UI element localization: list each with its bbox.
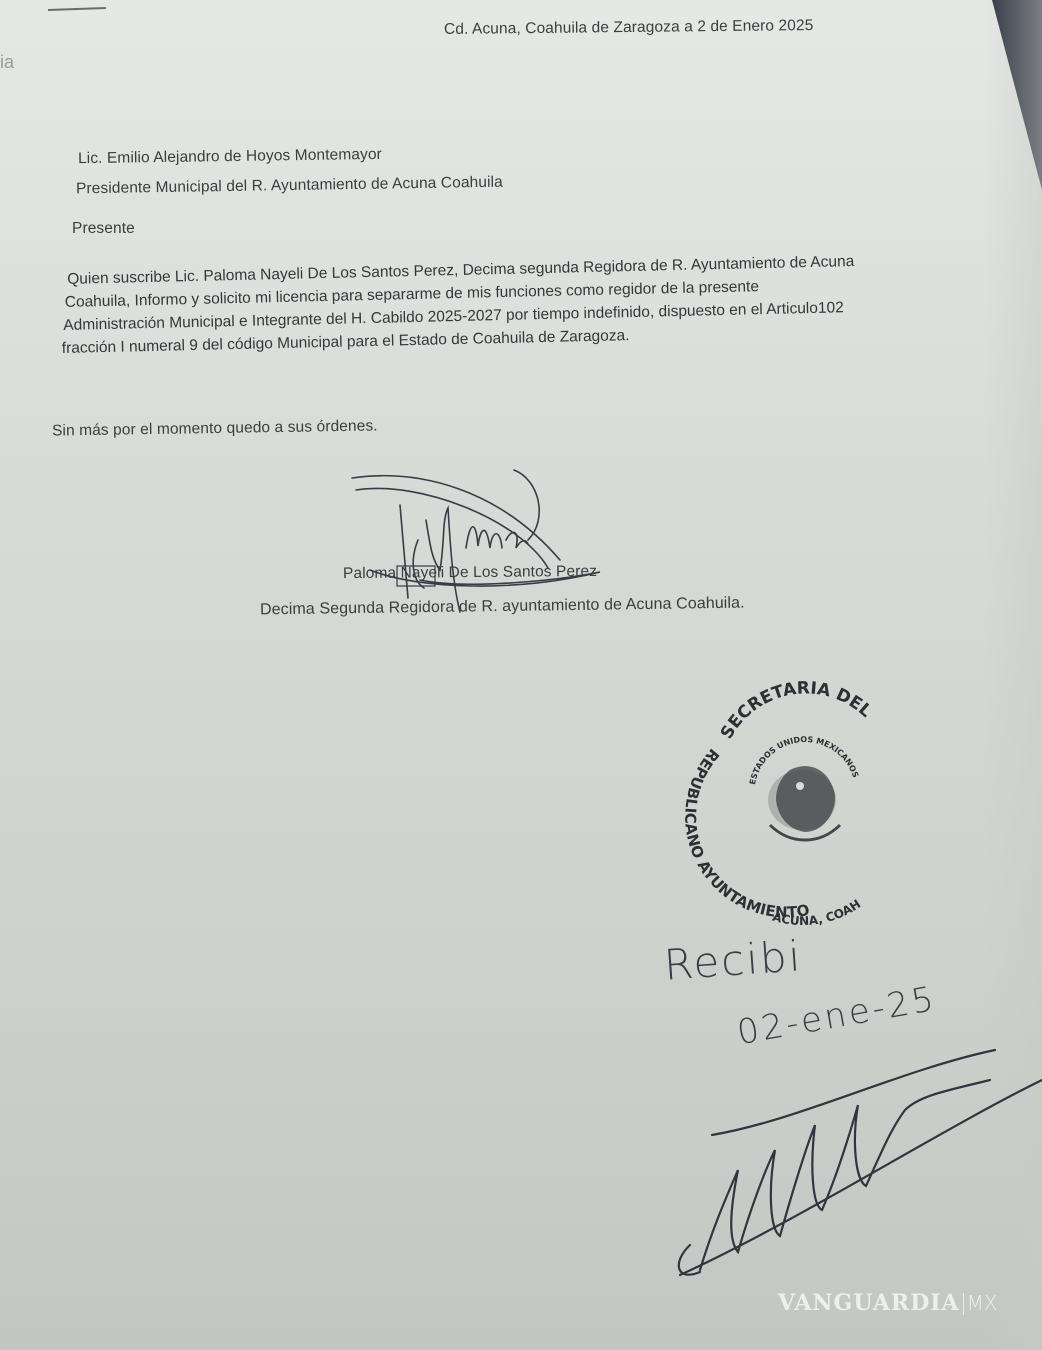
publisher-watermark: VANGUARDIAMX [778, 1290, 998, 1316]
signer-name: Paloma Nayeli De Los Santos Perez [343, 563, 597, 583]
document-page [0, 0, 1042, 1350]
date-line: Cd. Acuna, Coahuila de Zaragoza a 2 de E… [444, 17, 814, 39]
watermark-suffix: MX [967, 1291, 998, 1315]
handwritten-received-note: Recibi [662, 931, 803, 990]
watermark-brand: VANGUARDIA [778, 1290, 960, 1316]
watermark-divider [963, 1293, 964, 1315]
edge-text-fragment: ia [0, 52, 14, 73]
salutation: Presente [72, 220, 135, 238]
